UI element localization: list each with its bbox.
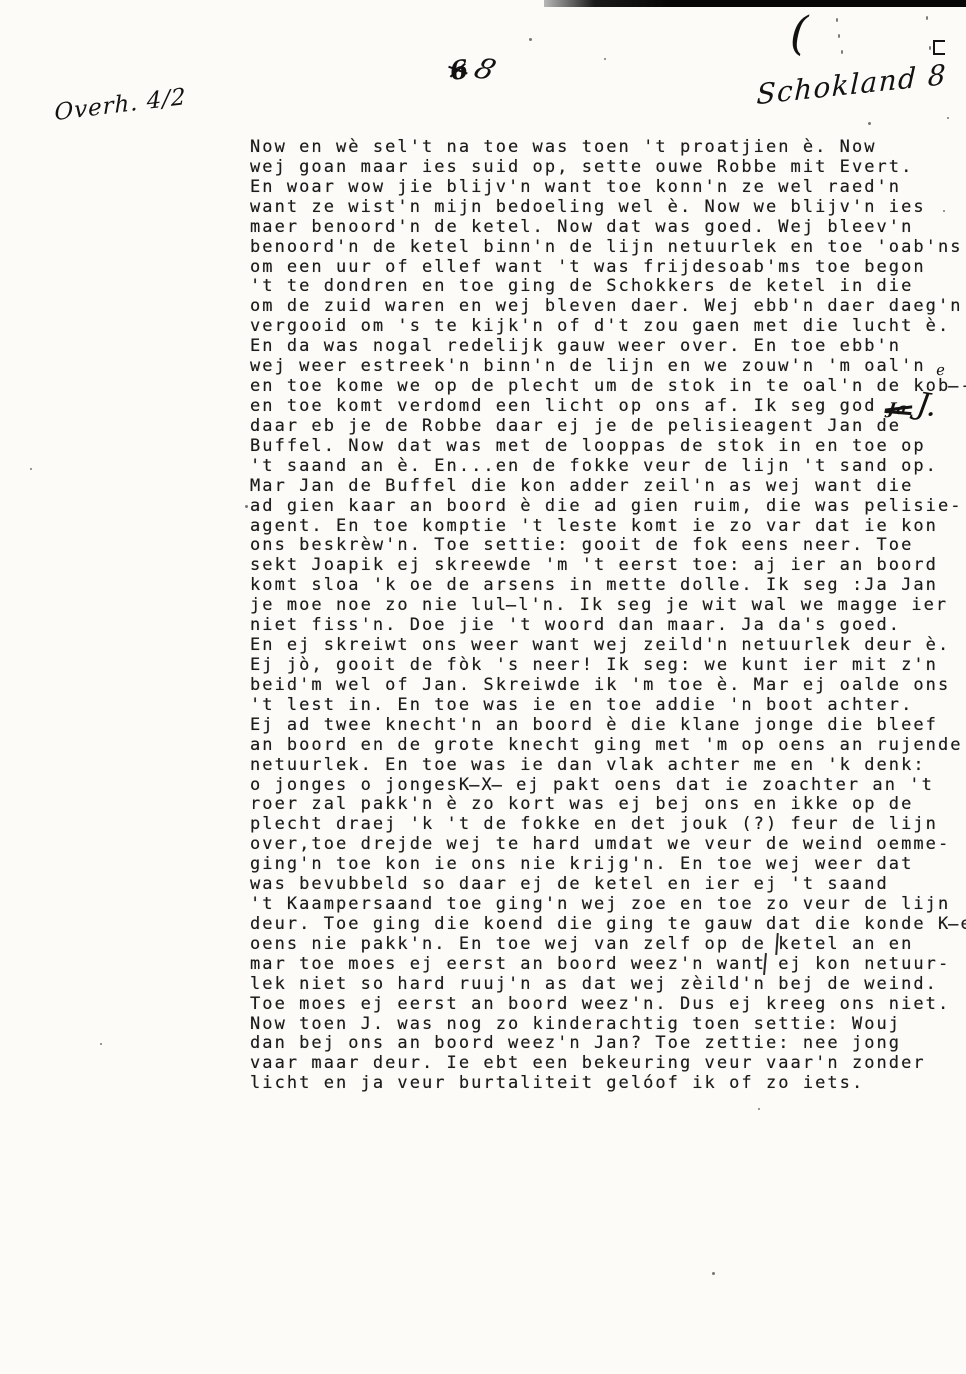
corner-bracket-mark (933, 40, 945, 55)
handwritten-paren-mark: ( (789, 6, 809, 61)
scan-speck (836, 18, 838, 22)
typescript-line: daar eb je de Robbe daar ej je de pelisi… (250, 417, 966, 437)
typescript-line: en toe komt verdomd een licht op ons af.… (250, 397, 966, 417)
typescript-line: was bevubbeld so daar ej de ketel en ier… (250, 875, 966, 895)
typescript-line: Now toen J. was nog zo kinderachtig toen… (250, 1015, 966, 1035)
typescript-line: 't te dondren en toe ging de Schokkers d… (250, 277, 966, 297)
typescript-line: plecht draej 'k 't de fokke en det jouk … (250, 815, 966, 835)
typescript-line: vergooid om 's te kijk'n of d't zou gaen… (250, 317, 966, 337)
scan-speck (30, 468, 32, 470)
scan-speck (943, 210, 945, 212)
typescript-line: oens nie pakk'n. En toe wej van zelf op … (250, 935, 966, 955)
typescript-line: benoord'n de ketel binn'n de lijn netuur… (250, 238, 966, 258)
scan-speck (712, 1272, 715, 1275)
typescript-line: En woar wow jie blijv'n want toe konn'n … (250, 178, 966, 198)
typescript-line: Ej ad twee knecht'n an boord è die klane… (250, 716, 966, 736)
corrected-page-number-digit: 8 (470, 51, 501, 87)
handwritten-archive-label: Schokland 8 (756, 58, 948, 111)
scan-speck (947, 117, 949, 119)
typescript-line: ad gien kaar an boord è die ad gien ruim… (250, 497, 966, 517)
typescript-line: 't Kaampersaand toe ging'n wej zoe en to… (250, 895, 966, 915)
handwritten-page-number: 68 (450, 52, 495, 86)
typescript-line: mar toe moes ej eerst an boord weez'n wa… (250, 955, 966, 975)
typescript-body: Now en wè sel't na toe was toen 't proat… (250, 138, 966, 1094)
typescript-line: wej goan maar ies suid op, sette ouwe Ro… (250, 158, 966, 178)
scan-speck (758, 1108, 760, 1110)
scan-speck (929, 46, 931, 50)
typescript-line: beid'm wel of Jan. Skreiwde ik 'm toe è.… (250, 676, 966, 696)
typescript-line: En ej skreiwt ons weer want wej zeild'n … (250, 636, 966, 656)
typescript-line: om de zuid waren en wej bleven daer. Wej… (250, 297, 966, 317)
typescript-line: licht en ja veur burtaliteit gelóof ik o… (250, 1074, 966, 1094)
typescript-line: Ej jò, gooit de fòk 's neer! Ik seg: we … (250, 656, 966, 676)
scan-speck (604, 58, 606, 60)
typescript-line: dan bej ons an boord weez'n Jan? Toe zet… (250, 1034, 966, 1054)
handwritten-top-left-note: Overh. 4/2 (54, 84, 186, 126)
typescript-line: ons beskrèw'n. Toe settie: gooit de fok … (250, 536, 966, 556)
typescript-line: over,toe drejde wej te hard umdat we veu… (250, 835, 966, 855)
typescript-line: Mar Jan de Buffel die kon adder zeil'n a… (250, 477, 966, 497)
typescript-line: want ze wist'n mijn bedoeling wel è. Now… (250, 198, 966, 218)
typescript-line: roer zal pakk'n è zo kort was ej bej ons… (250, 795, 966, 815)
scan-speck (529, 38, 532, 41)
typescript-line: agent. En toe komptie 't leste komt ie z… (250, 517, 966, 537)
typescript-line: an boord en de grote knecht ging met 'm … (250, 736, 966, 756)
typescript-line: 't saand an è. En...en de fokke veur de … (250, 457, 966, 477)
typescript-line: maer benoord'n de ketel. Now dat was goe… (250, 218, 966, 238)
typescript-line: om een uur of ellef want 't was frijdeso… (250, 258, 966, 278)
scan-speck (838, 34, 840, 38)
typescript-line: sekt Joapik ej skreewde 'm 't eerst toe:… (250, 556, 966, 576)
typescript-line: 't lest in. En toe was ie en toe addie '… (250, 696, 966, 716)
typescript-line: o jonges o jongesK̶X̶ ej pakt oens dat i… (250, 776, 966, 796)
scan-speck (868, 122, 871, 125)
typescript-line: vaar maar deur. Ie ebt een bekeuring veu… (250, 1054, 966, 1074)
typescript-line: niet fiss'n. Doe jie 't woord dan maar. … (250, 616, 966, 636)
typescript-line: en toe kome we op de plecht um de stok i… (250, 377, 966, 397)
scan-speck (841, 50, 843, 54)
scan-edge-bar (544, 0, 966, 7)
typescript-line: komt sloa 'k oe de arsens in mette dolle… (250, 576, 966, 596)
typescript-line: je moe noe zo nie lul̶l'n. Ik seg je wit… (250, 596, 966, 616)
scan-speck (926, 16, 928, 20)
scan-speck (245, 505, 248, 508)
typescript-line: ging'n toe kon ie ons nie krijg'n. En to… (250, 855, 966, 875)
typescript-line: netuurlek. En toe was ie dan vlak achter… (250, 756, 966, 776)
scan-speck (100, 1043, 102, 1045)
struck-page-number: 6 (448, 55, 470, 87)
typescript-line: Toe moes ej eerst an boord weez'n. Dus e… (250, 995, 966, 1015)
typescript-line: En da was nogal redelijk gauw weer over.… (250, 337, 966, 357)
typescript-line: Buffel. Now dat was met de looppas de st… (250, 437, 966, 457)
typescript-line: lek niet so hard ruuj'n as dat wej zèild… (250, 975, 966, 995)
typescript-line: Now en wè sel't na toe was toen 't proat… (250, 138, 966, 158)
typescript-line: deur. Toe ging die koend die ging te gau… (250, 915, 966, 935)
typescript-line: wej weer estreek'n binn'n de lijn en we … (250, 357, 966, 377)
document-page: Overh. 4/2 68 ( Schokland 8 e Ja J. Now … (0, 0, 966, 1374)
